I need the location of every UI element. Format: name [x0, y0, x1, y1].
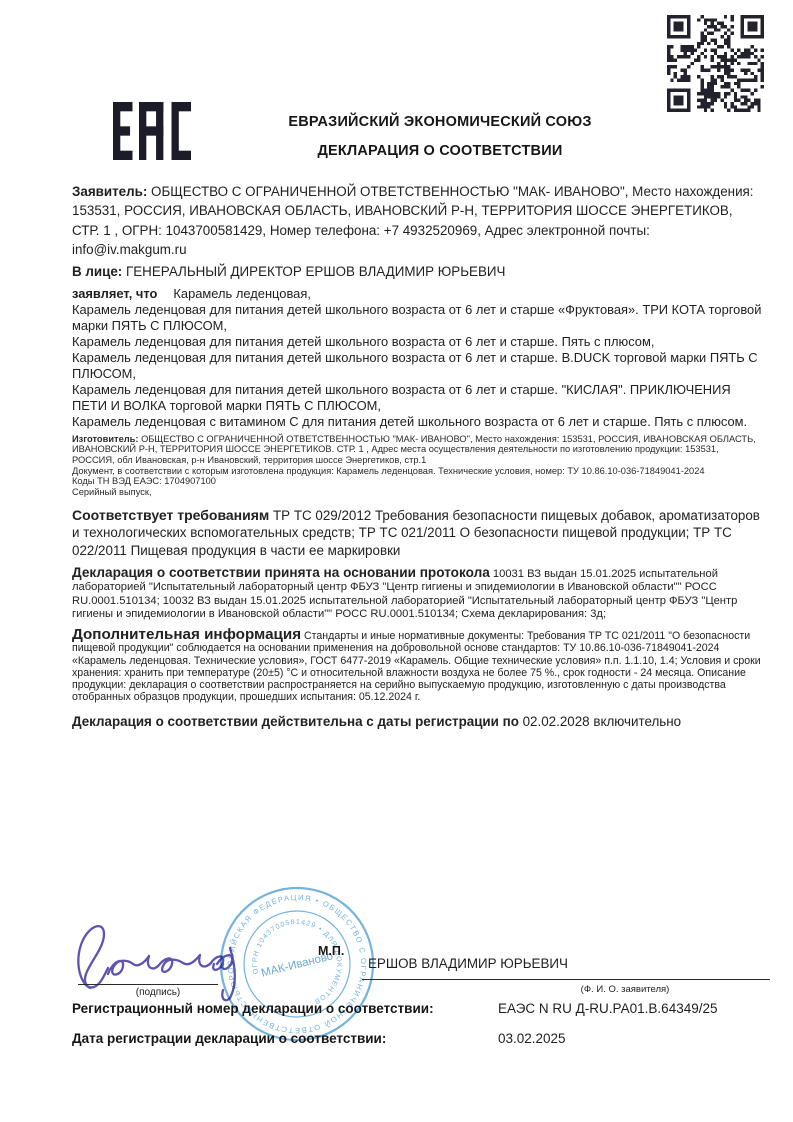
document-body: Заявитель: ОБЩЕСТВО С ОГРАНИЧЕННОЙ ОТВЕТ… — [72, 182, 762, 729]
applicant-label: Заявитель: — [72, 184, 147, 199]
registration-date-label: Дата регистрации декларации о соответств… — [72, 1031, 386, 1046]
additional-info-paragraph: Дополнительная информация Стандарты и ин… — [72, 629, 762, 703]
person-label: В лице: — [72, 264, 122, 279]
validity-label: Декларация о соответствии действительна … — [72, 714, 519, 729]
applicant-paragraph: Заявитель: ОБЩЕСТВО С ОГРАНИЧЕННОЙ ОТВЕТ… — [72, 182, 762, 259]
qr-code-icon — [667, 15, 764, 112]
product-item: Карамель леденцовая с витамином С для пи… — [72, 414, 762, 430]
manufacturer-block: Изготовитель: ОБЩЕСТВО С ОГРАНИЧЕННОЙ ОТ… — [72, 434, 762, 498]
registration-number-label: Регистрационный номер декларации о соотв… — [72, 1001, 434, 1016]
compliance-label: Соответствует требованиям — [72, 507, 269, 523]
eac-logo-icon — [113, 102, 191, 160]
person-paragraph: В лице: ГЕНЕРАЛЬНЫЙ ДИРЕКТОР ЕРШОВ ВЛАДИ… — [72, 262, 762, 281]
product-item: Карамель леденцовая для питания детей шк… — [72, 334, 762, 350]
compliance-paragraph: Соответствует требованиям ТР ТС 029/2012… — [72, 507, 762, 559]
production-document-line: Документ, в соответствии с которым изгот… — [72, 466, 762, 477]
registration-number-value: ЕАЭС N RU Д-RU.РА01.В.64349/25 — [498, 1001, 718, 1016]
signature-line — [78, 984, 218, 985]
protocol-label: Декларация о соответствии принята на осн… — [72, 565, 490, 580]
additional-info-label: Дополнительная информация — [72, 626, 301, 643]
declarant-name-line — [362, 979, 770, 980]
product-item: Карамель леденцовая для питания детей шк… — [72, 350, 762, 382]
product-item: Карамель леденцовая для питания детей шк… — [72, 302, 762, 334]
declarant-name: ЕРШОВ ВЛАДИМИР ЮРЬЕВИЧ — [368, 956, 568, 971]
union-name: ЕВРАЗИЙСКИЙ ЭКОНОМИЧЕСКИЙ СОЮЗ — [205, 114, 675, 130]
registration-date-value: 03.02.2025 — [498, 1031, 566, 1046]
signature-caption: (подпись) — [118, 987, 198, 998]
stamp-place-abbr: М.П. — [318, 944, 344, 958]
serial-release-line: Серийный выпуск, — [72, 487, 762, 498]
manufacturer-label: Изготовитель: — [72, 434, 138, 444]
validity-paragraph: Декларация о соответствии действительна … — [72, 714, 762, 729]
person-text: ГЕНЕРАЛЬНЫЙ ДИРЕКТОР ЕРШОВ ВЛАДИМИР ЮРЬЕ… — [122, 264, 505, 279]
declares-line: заявляет, чтоКарамель леденцовая, — [72, 286, 762, 302]
declared-products: заявляет, чтоКарамель леденцовая, Караме… — [72, 286, 762, 429]
manufacturer-paragraph: Изготовитель: ОБЩЕСТВО С ОГРАНИЧЕННОЙ ОТ… — [72, 434, 762, 466]
manufacturer-text: ОБЩЕСТВО С ОГРАНИЧЕННОЙ ОТВЕТСТВЕННОСТЬЮ… — [72, 434, 756, 465]
protocol-paragraph: Декларация о соответствии принята на осн… — [72, 566, 762, 621]
applicant-text: ОБЩЕСТВО С ОГРАНИЧЕННОЙ ОТВЕТСТВЕННОСТЬЮ… — [72, 184, 754, 257]
tnved-codes-line: Коды ТН ВЭД ЕАЭС: 1704907100 — [72, 476, 762, 487]
declarant-name-caption: (Ф. И. О. заявителя) — [555, 984, 695, 995]
validity-date: 02.02.2028 включительно — [519, 714, 681, 729]
document-header: ЕВРАЗИЙСКИЙ ЭКОНОМИЧЕСКИЙ СОЮЗ ДЕКЛАРАЦИ… — [205, 114, 675, 159]
product-item: Карамель леденцовая для питания детей шк… — [72, 382, 762, 414]
product-first: Карамель леденцовая, — [173, 286, 311, 301]
declares-label: заявляет, что — [72, 286, 157, 301]
declaration-document: ЕВРАЗИЙСКИЙ ЭКОНОМИЧЕСКИЙ СОЮЗ ДЕКЛАРАЦИ… — [0, 0, 793, 1122]
page-title: ДЕКЛАРАЦИЯ О СООТВЕТСТВИИ — [205, 143, 675, 159]
